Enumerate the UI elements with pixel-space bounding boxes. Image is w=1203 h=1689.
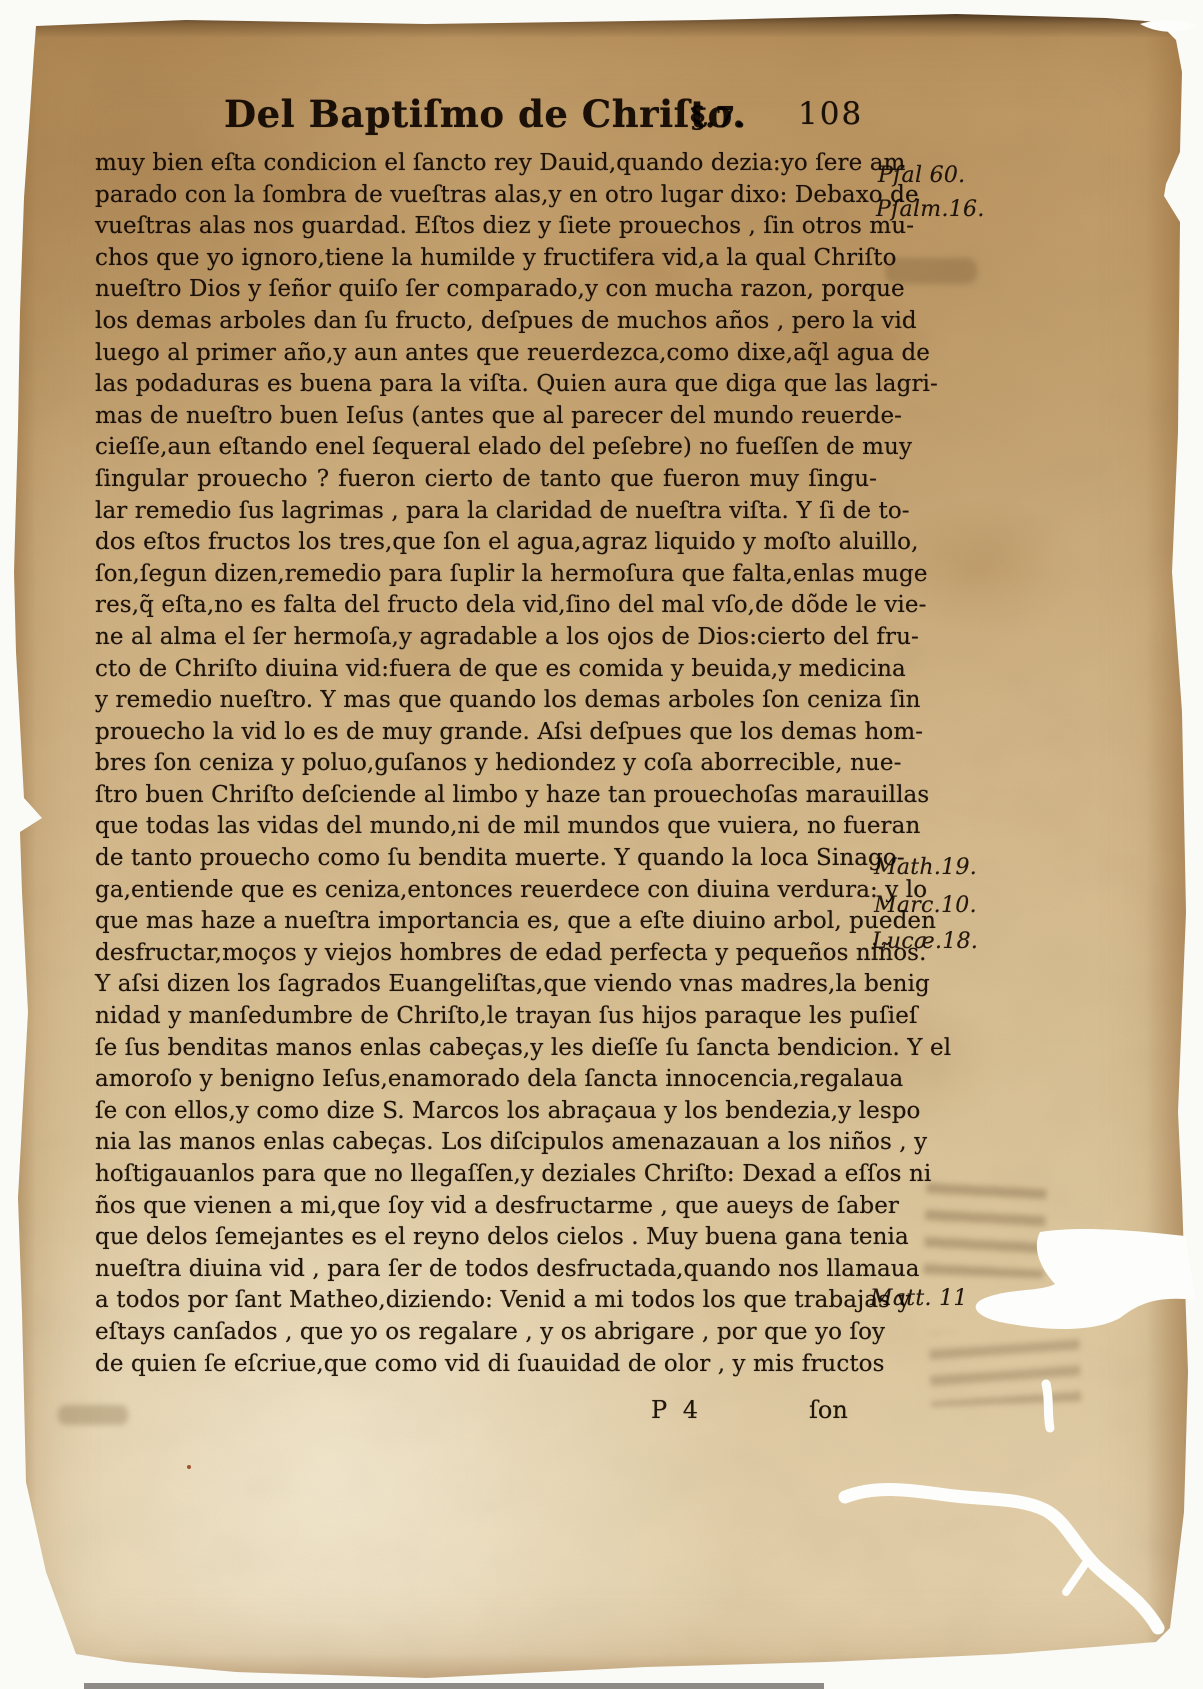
text-line: los demas arboles dan ſu fructo, deſpues… bbox=[95, 306, 877, 338]
text-line: a todos por ſant Matheo,diziendo: Venid … bbox=[95, 1285, 877, 1317]
text-line: Y aſsi dizen los ſagrados Euangeliſtas,q… bbox=[95, 969, 877, 1001]
text-line: luego al primer año,y aun antes que reue… bbox=[95, 338, 877, 370]
text-line: que delos ſemejantes es el reyno delos c… bbox=[95, 1222, 877, 1254]
text-line: ſon,ſegun dizen,remedio para ſuplir la h… bbox=[95, 559, 877, 591]
text-line: nidad y manſedumbre de Chriſto,le trayan… bbox=[95, 1001, 877, 1033]
text-line: ños que vienen a mi,que ſoy vid a desfru… bbox=[95, 1191, 877, 1223]
page-number: 108 bbox=[798, 96, 863, 132]
catchword: ſon bbox=[809, 1396, 848, 1424]
text-line: muy bien eſta condicion el ſancto rey Da… bbox=[95, 148, 877, 180]
scan-edge-artifact bbox=[84, 1683, 824, 1689]
text-line: hoſtigauanlos para que no llegaſſen,y de… bbox=[95, 1159, 877, 1191]
text-line: y remedio nueſtro. Y mas que quando los … bbox=[95, 685, 877, 717]
show-through-smudge bbox=[923, 1178, 1046, 1278]
text-line: eſtays canſados , que yo os regalare , y… bbox=[95, 1317, 877, 1349]
signature-row: P 4 ſon bbox=[95, 1396, 877, 1428]
section-mark: §.7. bbox=[690, 100, 746, 134]
text-block: muy bien eſta condicion el ſancto rey Da… bbox=[95, 148, 877, 1380]
text-line: vueſtras alas nos guardad. Eſtos diez y … bbox=[95, 211, 877, 243]
text-line: cieſſe,aun eſtando enel ſequeral elado d… bbox=[95, 432, 877, 464]
text-line: mas de nueſtro buen Ieſus (antes que al … bbox=[95, 401, 877, 433]
text-line: que todas las vidas del mundo,ni de mil … bbox=[95, 811, 877, 843]
text-line: amoroſo y benigno Ieſus,enamorado dela ſ… bbox=[95, 1064, 877, 1096]
text-line: nueſtro Dios y ſeñor quiſo ſer comparado… bbox=[95, 274, 877, 306]
text-line: ſingular prouecho ? fueron cierto de tan… bbox=[95, 464, 877, 496]
text-line: de tanto prouecho como ſu bendita muerte… bbox=[95, 843, 877, 875]
margin-note-marc-10: Marc.10. bbox=[874, 893, 977, 918]
scanned-book-page-canvas: { "header": { "title": "Del Baptiſmo de … bbox=[0, 0, 1203, 1689]
manuscript-page: Del Baptiſmo de Chriſto. §.7. 108 muy bi… bbox=[6, 12, 1194, 1684]
text-line: ſtro buen Chriſto deſciende al limbo y h… bbox=[95, 780, 877, 812]
text-line: bres ſon ceniza y poluo,guſanos y hedion… bbox=[95, 748, 877, 780]
text-line: las podaduras es buena para la viſta. Qu… bbox=[95, 369, 877, 401]
show-through-smudge bbox=[929, 1327, 1081, 1406]
text-line: nueſtra diuina vid , para ſer de todos d… bbox=[95, 1254, 877, 1286]
margin-note-math-19: Math.19. bbox=[874, 855, 977, 880]
text-line: lar remedio ſus lagrimas , para la clari… bbox=[95, 496, 877, 528]
margin-note-psalm-16: Pſalm.16. bbox=[876, 197, 985, 222]
text-line: que mas haze a nueſtra importancia es, q… bbox=[95, 906, 877, 938]
text-line: dos eſtos fructos los tres,que ſon el ag… bbox=[95, 527, 877, 559]
ink-speck bbox=[187, 1465, 191, 1469]
margin-note-luca-18: Lucæ.18. bbox=[872, 929, 978, 954]
text-line: cto de Chriſto diuina vid:fuera de que e… bbox=[95, 654, 877, 686]
text-line: chos que yo ignoro,tiene la humilde y fr… bbox=[95, 243, 877, 275]
margin-note-matt-11: Matt. 11 bbox=[870, 1286, 968, 1311]
text-line: nia las manos enlas cabeças. Los diſcipu… bbox=[95, 1127, 877, 1159]
signature-mark: P 4 bbox=[651, 1396, 702, 1424]
text-line: ga,entiende que es ceniza,entonces reuer… bbox=[95, 875, 877, 907]
margin-note-psal-60: Pſal 60. bbox=[878, 163, 965, 188]
text-line: res,q̃ eſta,no es falta del fructo dela … bbox=[95, 590, 877, 622]
text-line: ſe con ellos,y como dize S. Marcos los a… bbox=[95, 1096, 877, 1128]
text-line: prouecho la vid lo es de muy grande. Aſs… bbox=[95, 717, 877, 749]
text-line: ſe ſus benditas manos enlas cabeças,y le… bbox=[95, 1033, 877, 1065]
text-line: de quien ſe eſcriue,que como vid di ſuau… bbox=[95, 1349, 877, 1381]
text-line: ne al alma el ſer hermoſa,y agradable a … bbox=[95, 622, 877, 654]
text-line: parado con la ſombra de vueſtras alas,y … bbox=[95, 180, 877, 212]
running-title: Del Baptiſmo de Chriſto. bbox=[224, 92, 746, 136]
text-line: desfructar,moços y viejos hombres de eda… bbox=[95, 938, 877, 970]
